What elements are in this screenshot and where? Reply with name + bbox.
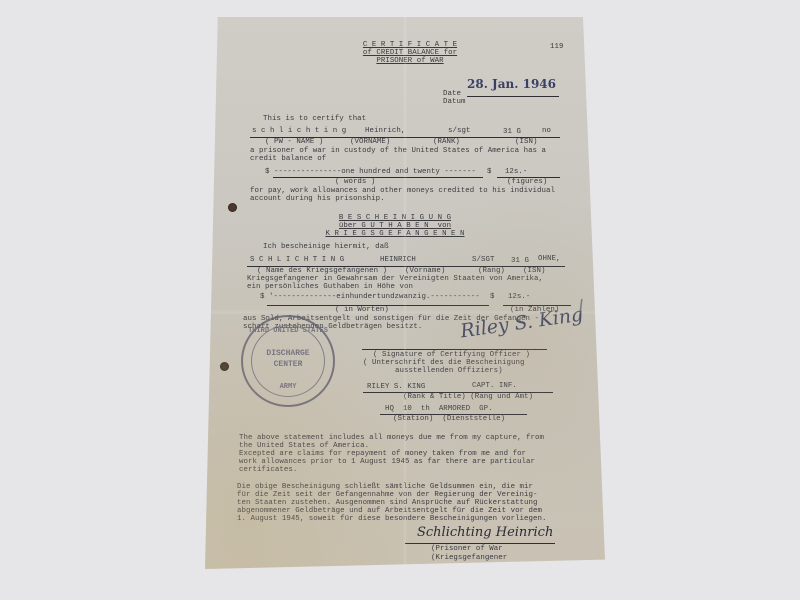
statement-de: 1. August 1945, soweit für diese besonde… [237,515,546,524]
statement-en: certificates. [239,466,297,475]
amount-figures-de: $ 12s.- [490,293,530,302]
label-words: ( words ) [335,178,375,187]
prisoner-signature-line [405,543,555,544]
label-rank: (RANK) [433,138,460,147]
amount-words-en: $ ---------------one hundred and twenty … [265,168,476,177]
stamp-top: THIRD UNITED STATES [243,327,333,335]
certificate-paper: 119 C E R T I F I C A T E of CREDIT BALA… [205,17,605,569]
date-line [467,96,559,97]
intro-de: Ich bescheinige hiermit, daß [263,243,389,252]
intro-en: This is to certify that [263,115,366,124]
label-figures: (figures) [507,178,547,187]
prisoner-signature: Schlichting Heinrich [417,525,553,540]
label-in-worten: ( in Worten) [335,306,389,315]
custody-text-de: ein persönliches Guthaben in Höhe von [247,283,413,292]
pw-rank: s/sgt [448,127,470,136]
de-title-3: K R I E G S G E F A N G E N E N [295,230,495,239]
pw-firstname: Heinrich, [365,127,405,136]
de-surname: S C H L I C H T I N G [250,256,344,265]
date-label-de: Datum [443,98,465,107]
stamp-mid2: CENTER [243,360,333,369]
pw-surname: s c h l i c h t i n g [252,127,346,136]
pw-isn: 31 G [503,128,521,137]
label-vorname: (VORNAME) [350,138,390,147]
officer-rank: CAPT. INF. [472,382,517,391]
rank-label: (Rank & Title) (Rang und Amt) [403,393,533,402]
de-rank: S/SGT [472,256,494,265]
discharge-center-stamp: THIRD UNITED STATES DISCHARGE CENTER ARM… [241,315,335,407]
label-pw-name: ( PW - NAME ) [265,138,323,147]
de-firstname: HEINRICH [380,256,416,265]
stamp-mid1: DISCHARGE [243,349,333,358]
officer-name: RILEY S. KING [367,383,425,392]
custody-text-en: credit balance of [250,155,326,164]
title-line-3: PRISONER of WAR [305,57,515,66]
amount-words-de: $ '--------------einhundertundzwanzig.--… [260,293,480,302]
stamp-bottom: ARMY [243,383,333,391]
officer-station: HQ 10 th ARMORED GP. [385,405,493,414]
pay-text-en: account during his prisonship. [250,195,385,204]
punch-hole [228,203,237,212]
amount-figures-en: $ 12s.- [487,168,527,177]
station-label: (Station) (Dienststelle) [393,415,505,424]
prisoner-label: (Prisoner of War [431,545,503,554]
amount-line [273,177,483,178]
signature-line [362,349,547,350]
punch-hole [220,362,229,371]
label-isn: (ISN) [515,138,537,147]
de-extra: OHNE, [538,255,560,264]
pw-extra: no [542,127,551,136]
signature-label-de: ausstellenden Offiziers) [395,367,503,376]
date-value: 28. Jan. 1946 [467,77,556,91]
de-isn: 31 G [511,257,529,266]
prisoner-label-de: (Kriegsgefangener [431,554,507,563]
page-number: 119 [550,43,563,52]
